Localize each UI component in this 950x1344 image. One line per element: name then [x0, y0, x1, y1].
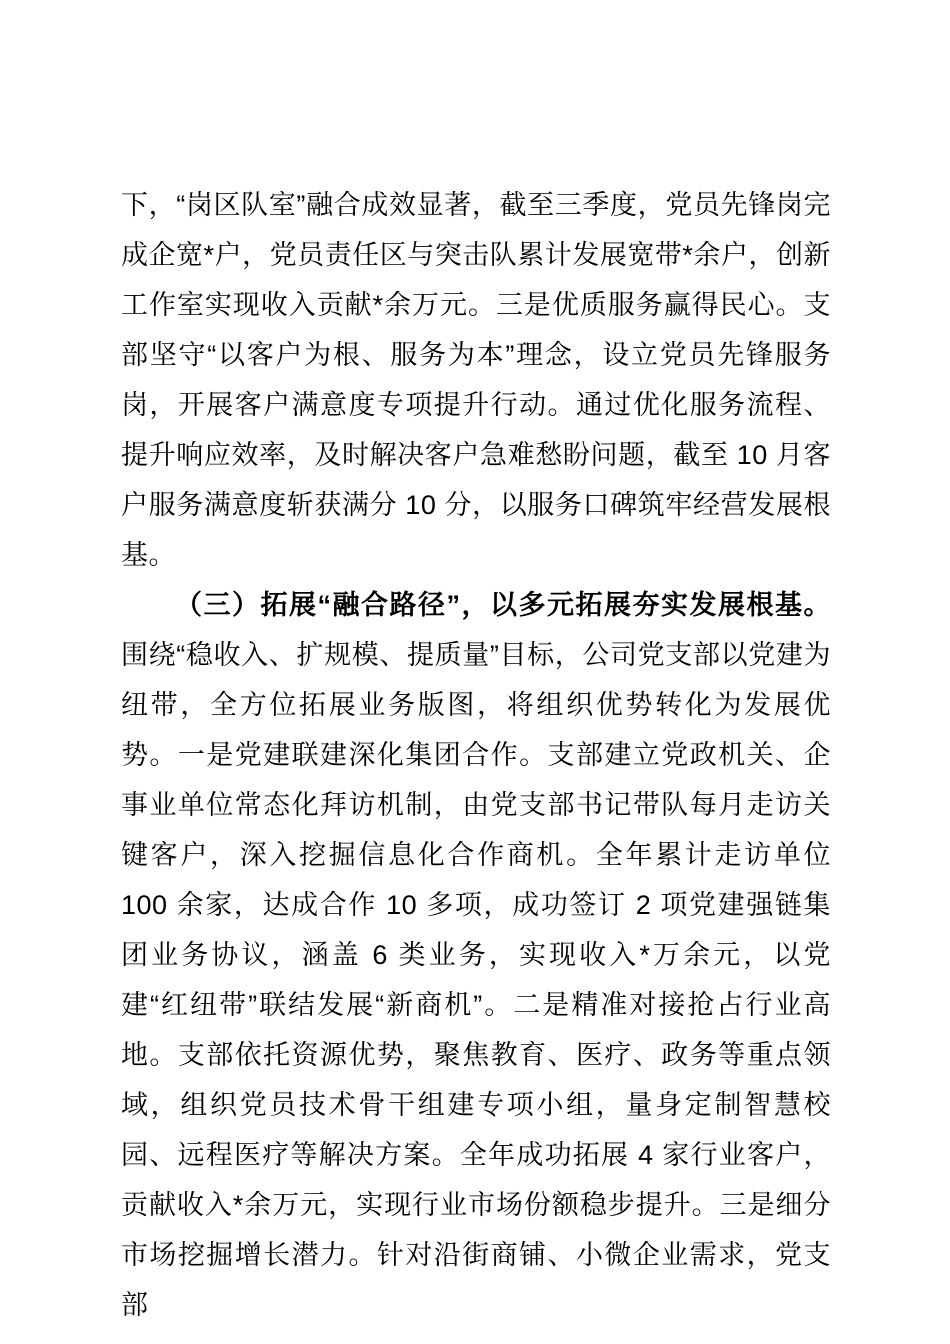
paragraph-section-three: （三）拓展“融合路径”，以多元拓展夯实发展根基。围绕“稳收入、扩规模、提质量”目… — [121, 580, 831, 1330]
section-three-heading: （三）拓展“融合路径”，以多元拓展夯实发展根基。 — [175, 590, 831, 620]
body-text: 围绕“稳收入、扩规模、提质量”目标，公司党支部以党建为纽带，全方位拓展业务版图，… — [121, 640, 831, 1320]
document-page: 下，“岗区队室”融合成效显著，截至三季度，党员先锋岗完成企宽*户，党员责任区与突… — [121, 180, 831, 1330]
body-text: 下，“岗区队室”融合成效显著，截至三季度，党员先锋岗完成企宽*户，党员责任区与突… — [121, 190, 831, 570]
paragraph-continuation: 下，“岗区队室”融合成效显著，截至三季度，党员先锋岗完成企宽*户，党员责任区与突… — [121, 180, 831, 580]
